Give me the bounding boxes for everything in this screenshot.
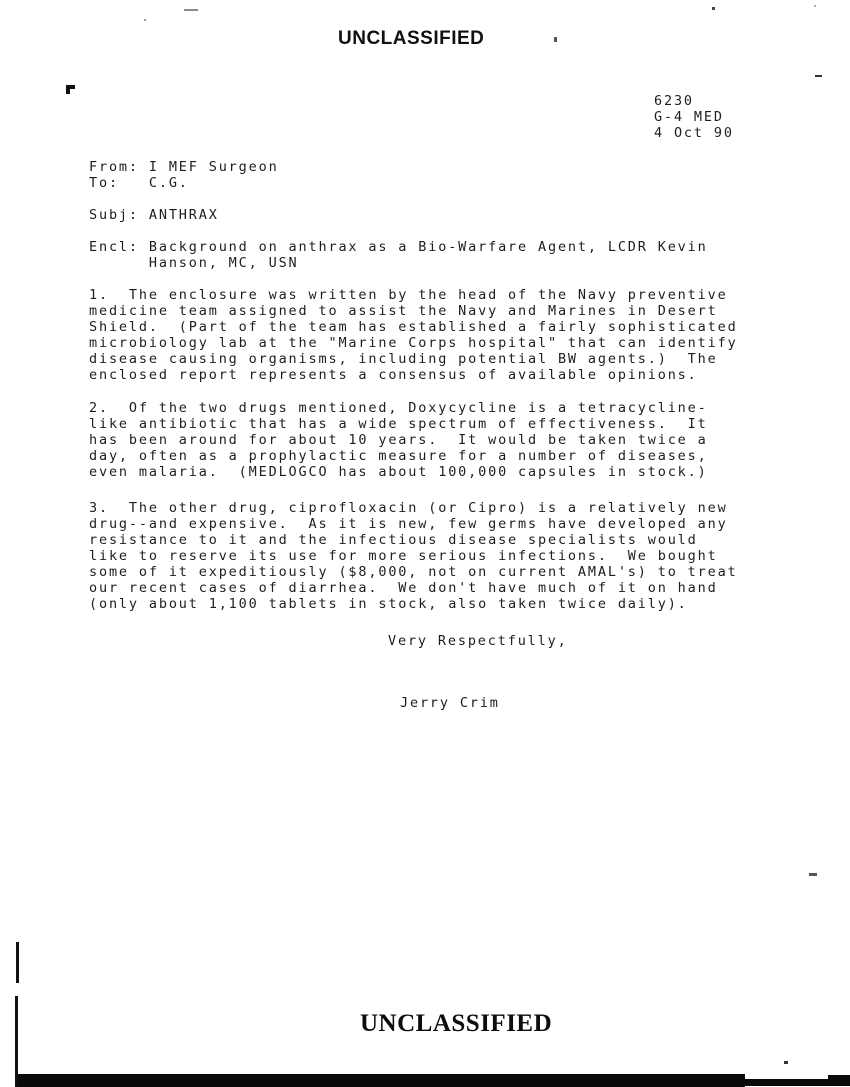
body-paragraph-3: 3. The other drug, ciprofloxacin (or Cip…: [89, 500, 738, 612]
address-block: From: I MEF Surgeon To: C.G.: [89, 159, 279, 191]
scan-artifact-top-right-dot: [712, 7, 715, 10]
scan-artifact-top-right-faint-dot: [814, 5, 816, 7]
scan-artifact-top-dash: [184, 9, 198, 11]
classification-footer: UNCLASSIFIED: [360, 1010, 552, 1038]
scan-artifact-mid-right-dash: [809, 873, 817, 876]
scan-artifact-footer-bar-right: [828, 1075, 850, 1086]
scan-artifact-left-line-upper: [16, 942, 19, 983]
classification-header: UNCLASSIFIED: [338, 28, 484, 50]
scan-artifact-top-dot: [144, 19, 146, 21]
scan-artifact-left-speck-stem: [66, 85, 70, 94]
signature-name: Jerry Crim: [400, 695, 500, 711]
scan-artifact-footer-bar-thin: [745, 1079, 830, 1086]
closing-line: Very Respectfully,: [388, 633, 568, 649]
subject-line: Subj: ANTHRAX: [89, 207, 219, 223]
scan-artifact-footer-bar-main: [17, 1074, 745, 1087]
body-paragraph-2: 2. Of the two drugs mentioned, Doxycycli…: [89, 400, 708, 480]
body-paragraph-1: 1. The enclosure was written by the head…: [89, 287, 738, 383]
scan-artifact-footer-speck: [784, 1061, 788, 1064]
enclosure-line: Encl: Background on anthrax as a Bio-War…: [89, 239, 708, 271]
scanned-memo-page: UNCLASSIFIED 6230 G-4 MED 4 Oct 90 From:…: [0, 0, 850, 1087]
scan-artifact-apostrophe-speck: [554, 37, 557, 42]
scan-artifact-right-edge-dash: [815, 75, 822, 77]
reference-block: 6230 G-4 MED 4 Oct 90: [654, 93, 734, 141]
